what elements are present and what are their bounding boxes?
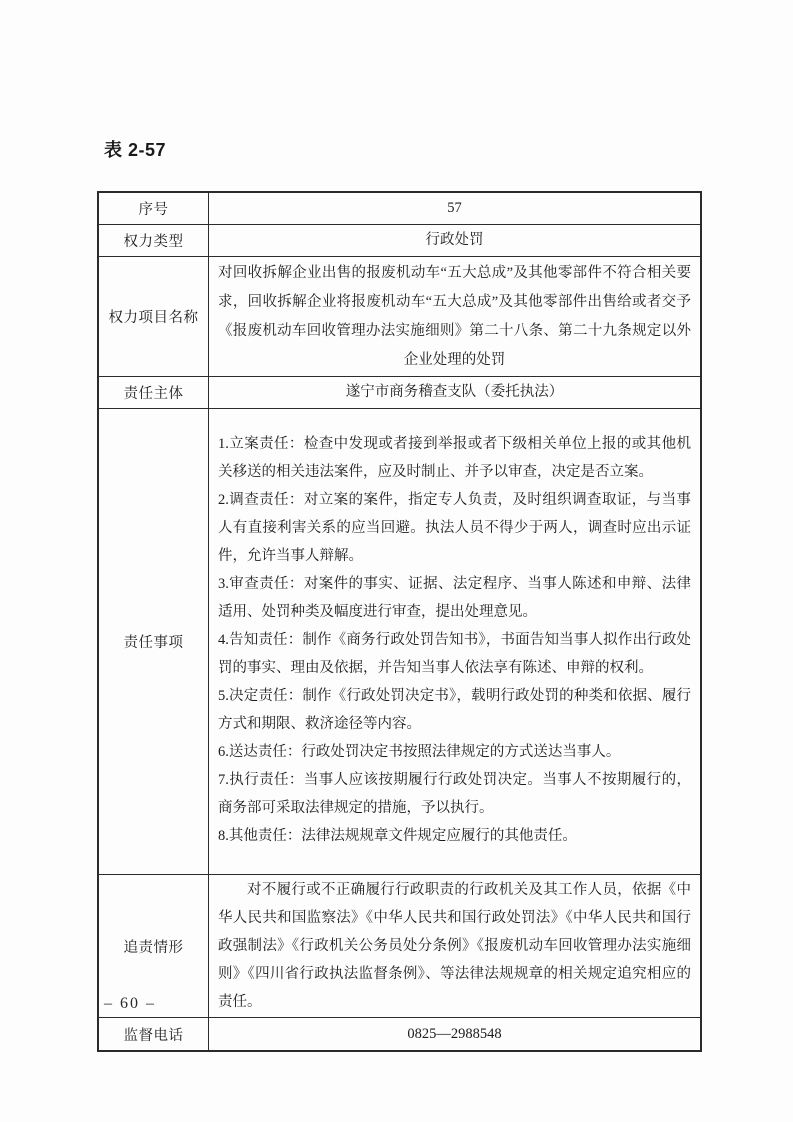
duty-item-investigation: 2.调查责任：对立案的案件，指定专人负责，及时组织调查取证，与当事人有直接利害关… xyxy=(218,486,691,570)
table-row-serial-number: 序号 57 xyxy=(99,193,700,225)
row-value-supervision-phone: 0825—2988548 xyxy=(209,1018,700,1050)
row-label-supervision-phone: 监督电话 xyxy=(99,1018,209,1050)
duty-item-delivery: 6.送达责任：行政处罚决定书按照法律规定的方式送达当事人。 xyxy=(218,738,691,766)
table-caption: 表 2-57 xyxy=(104,136,166,162)
table-row-supervision-phone: 监督电话 0825—2988548 xyxy=(99,1018,700,1050)
duty-item-execution: 7.执行责任：当事人应该按期履行行政处罚决定。当事人不按期履行的，商务部可采取法… xyxy=(218,766,691,822)
row-value-responsibility-items: 1.立案责任：检查中发现或者接到举报或者下级相关单位上报的或其他机关移送的相关违… xyxy=(209,409,700,874)
document-page: 表 2-57 序号 57 权力类型 行政处罚 权力项目名称 对回收拆解企业出售的… xyxy=(0,0,793,1122)
duty-item-other: 8.其他责任：法律法规规章文件规定应履行的其他责任。 xyxy=(218,822,691,850)
table-row-responsibility-items: 责任事项 1.立案责任：检查中发现或者接到举报或者下级相关单位上报的或其他机关移… xyxy=(99,409,700,875)
accountability-paragraph: 对不履行或不正确履行行政职责的行政机关及其工作人员，依据《中华人民共和国监察法》… xyxy=(218,876,691,1016)
row-label-responsible-entity: 责任主体 xyxy=(99,377,209,408)
duty-item-notification: 4.告知责任：制作《商务行政处罚告知书》，书面告知当事人拟作出行政处罚的事实、理… xyxy=(218,626,691,682)
row-value-power-item-name: 对回收拆解企业出售的报废机动车“五大总成”及其他零部件不符合相关要求，回收拆解企… xyxy=(209,257,700,376)
row-value-responsible-entity: 遂宁市商务稽查支队（委托执法） xyxy=(209,377,700,408)
duty-item-filing: 1.立案责任：检查中发现或者接到举报或者下级相关单位上报的或其他机关移送的相关违… xyxy=(218,430,691,486)
page-number: – 60 – xyxy=(104,995,156,1013)
duty-item-decision: 5.决定责任：制作《行政处罚决定书》，载明行政处罚的种类和依据、履行方式和期限、… xyxy=(218,682,691,738)
row-label-responsibility-items: 责任事项 xyxy=(99,409,209,874)
row-label-serial-number: 序号 xyxy=(99,193,209,224)
table-row-responsible-entity: 责任主体 遂宁市商务稽查支队（委托执法） xyxy=(99,377,700,409)
row-value-power-type: 行政处罚 xyxy=(209,225,700,256)
duty-item-review: 3.审查责任：对案件的事实、证据、法定程序、当事人陈述和申辩、法律适用、处罚种类… xyxy=(218,570,691,626)
table-row-accountability-circumstances: 追责情形 对不履行或不正确履行行政职责的行政机关及其工作人员，依据《中华人民共和… xyxy=(99,875,700,1018)
row-label-power-item-name: 权力项目名称 xyxy=(99,257,209,376)
power-responsibility-table: 序号 57 权力类型 行政处罚 权力项目名称 对回收拆解企业出售的报废机动车“五… xyxy=(97,191,702,1052)
row-label-power-type: 权力类型 xyxy=(99,225,209,256)
row-value-accountability-circumstances: 对不履行或不正确履行行政职责的行政机关及其工作人员，依据《中华人民共和国监察法》… xyxy=(209,875,700,1017)
table-row-power-item-name: 权力项目名称 对回收拆解企业出售的报废机动车“五大总成”及其他零部件不符合相关要… xyxy=(99,257,700,377)
row-value-serial-number: 57 xyxy=(209,193,700,224)
table-row-power-type: 权力类型 行政处罚 xyxy=(99,225,700,257)
